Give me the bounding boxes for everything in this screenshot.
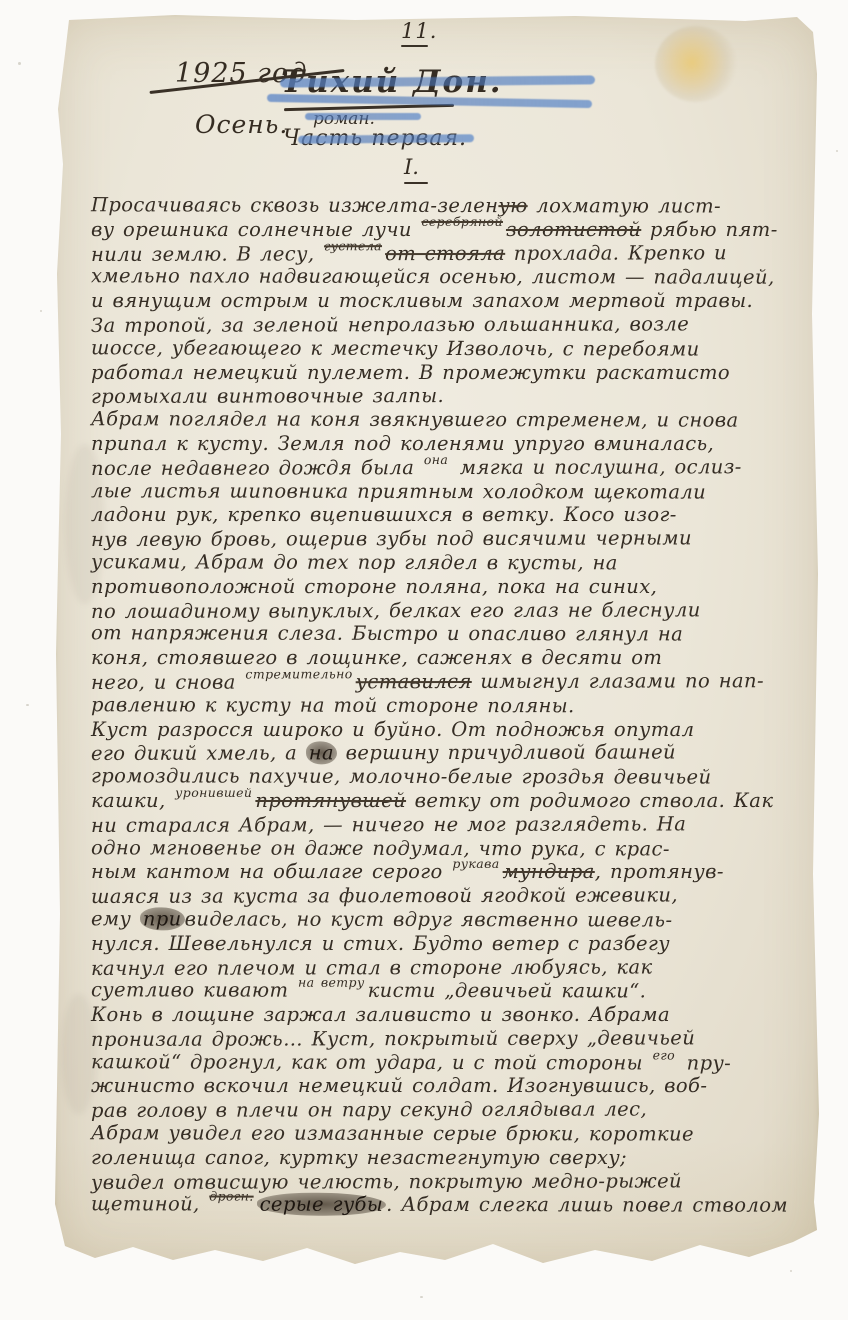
manuscript-line: коня, стоявшего в лощинке, саженях в дес… [91,646,811,670]
dust-speck [836,150,838,152]
manuscript-text: противоположной стороне поляна, пока на … [91,575,657,598]
manuscript-correction: от стояла [385,241,505,264]
manuscript-line: противоположной стороне поляна, пока на … [91,575,811,599]
manuscript-text: голенища сапог, куртку незастегнутую све… [91,1146,627,1169]
manuscript-text: . Абрам слегка лишь повел стволом [386,1193,788,1217]
manuscript-line: нулся. Шевельнулся и стих. Будто ветер с… [91,932,811,956]
manuscript-text: после недавнего дождя была [91,456,423,480]
dust-speck [40,310,42,312]
manuscript-text: по лошадиному выпуклых, белках его глаз … [91,598,701,623]
chapter-underline [404,182,428,184]
manuscript-correction: золотистой [506,218,641,241]
manuscript-line: после недавнего дождя была она мягка и п… [91,455,811,481]
manuscript-line: громыхали винтовочные залпы. [91,383,811,409]
dust-speck [420,1296,423,1298]
manuscript-text: и вянущим острым и тоскливым запахом мер… [91,289,753,312]
manuscript-text: припал к кусту. Земля под коленями упруг… [91,432,714,455]
manuscript-text: шаяся из за куста за фиолетовой ягодкой … [91,884,678,909]
manuscript-correction: на [306,742,337,765]
manuscript-line: шоссе, убегающего к местечку Изволочь, с… [91,336,811,361]
manuscript-text: ветку от родимого ствола. Как [406,789,773,812]
manuscript-text: виделась, но куст вдруг явственно шевель… [185,907,673,931]
manuscript-line: одно мгновенье он даже подумал, что рука… [91,836,811,861]
manuscript-text: ным кантом на обшлаге серого [91,860,451,883]
manuscript-line: Абрам поглядел на коня звякнувшего стрем… [91,407,811,432]
manuscript-text: нув левую бровь, ощерив зубы под висячим… [91,527,692,552]
manuscript-text: суетливо кивают [91,979,297,1002]
manuscript-text: Абрам поглядел на коня звякнувшего стрем… [91,407,739,431]
manuscript-text: кашкой“ дрогнул, как от удара, и с той с… [91,1050,652,1074]
manuscript-text: Куст разросся широко и буйно. От подножь… [91,718,694,741]
manuscript-text: нили землю. В лесу, [91,242,323,266]
manuscript-text: работал немецкий пулемет. В промежутки р… [91,361,730,384]
manuscript-text: шоссе, убегающего к местечку Изволочь, с… [91,336,700,360]
manuscript-text: лохматую лист- [528,194,721,217]
manuscript-text: рав голову в плечи он пару секунд огляды… [91,1098,647,1122]
page-number: 11. [401,19,437,43]
manuscript-line: хмельно пахло надвигающейся осенью, лист… [91,265,811,290]
season-label: Осень. [195,110,288,139]
manuscript-line: работал немецкий пулемет. В промежутки р… [91,361,811,385]
manuscript-text: коня, стоявшего в лощинке, саженях в дес… [91,646,662,669]
manuscript-text: громыхали винтовочные залпы. [91,384,444,408]
manuscript-correction: протянувшей [255,789,406,812]
manuscript-line: кашки, уронившейпротянувшей ветку от род… [91,789,811,813]
manuscript-text: кисти „девичьей кашки“. [368,979,647,1003]
manuscript-line: Конь в лощине заржал заливисто и звонко.… [91,1003,811,1027]
manuscript-line: ни старался Абрам, — ничего не мог разгл… [91,812,811,838]
manuscript-line: от напряжения слеза. Быстро и опасливо г… [91,622,811,647]
manuscript-line: качнул его плечом и стал в стороне любуя… [91,955,811,981]
manuscript-text: , протянув- [595,860,724,883]
manuscript-text: Абрам увидел его измазанные серые брюки,… [91,1121,694,1145]
manuscript-correction: мундира [503,860,595,883]
manuscript-text: лые листья шиповника приятным холодком щ… [91,479,706,503]
manuscript-text: щетиной, [91,1193,208,1216]
manuscript-text: хмельно пахло надвигающейся осенью, лист… [91,265,775,289]
manuscript-correction: при [140,907,185,930]
manuscript-line: ву орешника солнечные лучи серебрянойзол… [91,218,811,242]
manuscript-text: одно мгновенье он даже подумал, что рука… [91,836,670,860]
manuscript-line: увидел отвисшую челюсть, покрытую медно-… [91,1169,811,1195]
manuscript-text: прохлада. Крепко и [505,241,727,265]
chapter-numeral: I. [404,155,419,179]
page-number-underline [401,45,428,47]
manuscript-correction: серые губы [257,1193,387,1216]
manuscript-line: ным кантом на обшлаге серого рукавамунди… [91,860,811,884]
blue-pencil-stroke-part [298,134,474,144]
dust-speck [18,62,21,65]
manuscript-text: равлению к кусту на той стороне поляны. [91,693,575,717]
manuscript-line: шаяся из за куста за фиолетовой ягодкой … [91,883,811,909]
manuscript-text: увидел отвисшую челюсть, покрытую медно-… [91,1169,682,1194]
manuscript-text: жинисто вскочил немецкий солдат. Изогнув… [91,1074,707,1097]
manuscript-text: ладони рук, крепко вцепившихся в ветку. … [91,503,677,526]
blue-pencil-stroke-subtitle [305,113,421,120]
manuscript-line: рав голову в плечи он пару секунд огляды… [91,1097,811,1123]
manuscript-line: равлению к кусту на той стороне поляны. [91,693,811,718]
blue-pencil-stroke-title-1 [280,75,595,87]
manuscript-line: ему привиделась, но куст вдруг явственно… [91,907,811,932]
manuscript-text: ни старался Абрам, — ничего не мог разгл… [91,812,686,837]
dust-speck [790,1270,792,1272]
manuscript-line: и вянущим острым и тоскливым запахом мер… [91,289,811,313]
manuscript-line: усиками, Абрам до тех пор глядел в кусты… [91,550,811,575]
manuscript-line: кашкой“ дрогнул, как от удара, и с той с… [91,1050,811,1075]
manuscript-line: пронизала дрожь… Куст, покрытый сверху „… [91,1026,811,1052]
manuscript-text: от напряжения слеза. Быстро и опасливо г… [91,622,683,646]
manuscript-line: по лошадиному выпуклых, белках его глаз … [91,598,811,624]
manuscript-line: припал к кусту. Земля под коленями упруг… [91,432,811,456]
manuscript-text: кашки, [91,789,174,812]
manuscript-text: его дикий хмель, а [91,742,306,766]
manuscript-correction: уставился [356,670,472,693]
manuscript-text: За тропой, за зеленой непролазью ольшанн… [91,312,689,337]
manuscript-text: Конь в лощине заржал заливисто и звонко.… [91,1003,670,1026]
manuscript-line: Абрам увидел его измазанные серые брюки,… [91,1121,811,1146]
manuscript-line: нув левую бровь, ощерив зубы под висячим… [91,526,811,552]
manuscript-line: суетливо кивают на ветрукисти „девичьей … [91,979,811,1004]
manuscript-line: его дикий хмель, а на вершину причудливо… [91,740,811,766]
manuscript-line: жинисто вскочил немецкий солдат. Изогнув… [91,1074,811,1098]
manuscript-line: щетиной, дрогн.серые губы. Абрам слегка … [91,1193,811,1218]
manuscript-text: ему [91,907,140,930]
manuscript-line: За тропой, за зеленой непролазью ольшанн… [91,312,811,338]
manuscript-sheet: 11. 1925 год. Тихий Дон. Осень. роман. Ч… [55,14,819,1266]
manuscript-text: рябью пят- [641,218,777,241]
manuscript-text: шмыгнул глазами по нап- [472,669,764,693]
manuscript-line: Куст разросся широко и буйно. От подножь… [91,718,811,742]
manuscript-text: усиками, Абрам до тех пор глядел в кусты… [91,550,618,574]
manuscript-text: пронизала дрожь… Куст, покрытый сверху „… [91,1026,695,1051]
manuscript-text: пру- [678,1051,731,1074]
manuscript-text: нулся. Шевельнулся и стих. Будто ветер с… [91,932,670,955]
manuscript-line: нили землю. В лесу, густелаот стояла про… [91,241,811,267]
manuscript-line: лые листья шиповника приятным холодком щ… [91,479,811,504]
manuscript-text: мягка и послушна, ослиз- [451,455,742,479]
dust-speck [26,704,29,706]
manuscript-line: голенища сапог, куртку незастегнутую све… [91,1146,811,1170]
paper-stain [655,26,737,102]
manuscript-text: вершину причудливой башней [337,741,676,765]
manuscript-line: ладони рук, крепко вцепившихся в ветку. … [91,503,811,527]
manuscript-line: него, и снова стремительноуставился шмыг… [91,669,811,695]
manuscript-text: него, и снова [91,670,244,693]
manuscript-text: качнул его плечом и стал в стороне любуя… [91,955,653,979]
manuscript-body: Просачиваясь сквозь изжелта-зеленую лохм… [91,194,811,1217]
